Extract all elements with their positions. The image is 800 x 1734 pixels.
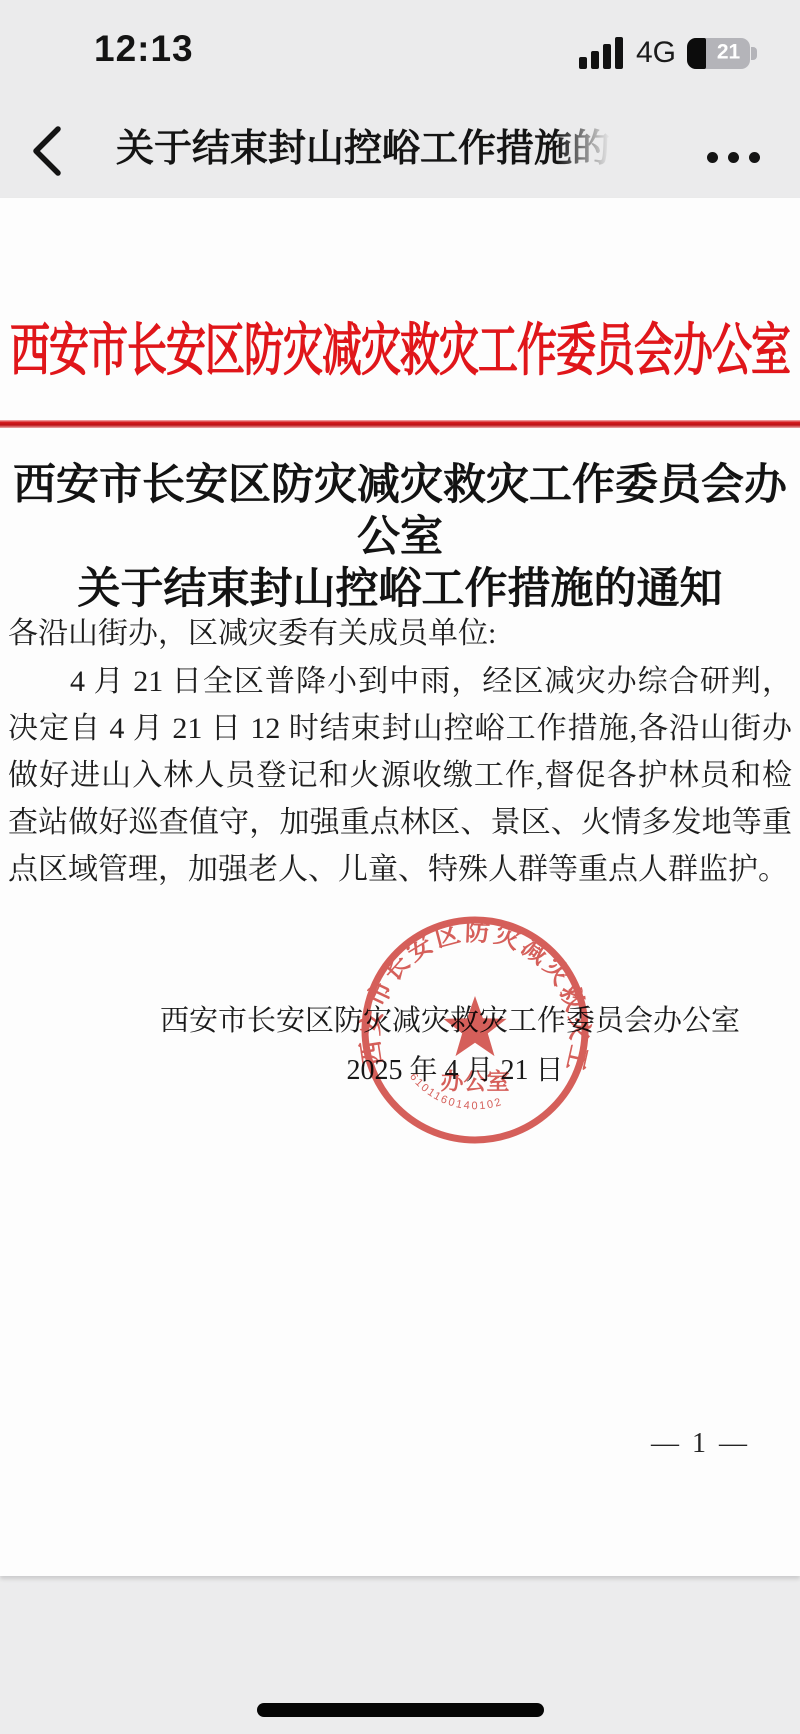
battery-percent-label: 21	[707, 41, 750, 65]
home-indicator-bar[interactable]	[257, 1703, 544, 1717]
status-bar: 12:13 4G 21	[0, 0, 800, 100]
document-title-line2: 关于结束封山控峪工作措施的通知	[8, 564, 792, 616]
nav-title: 关于结束封山控峪工作措施的通	[116, 118, 618, 180]
network-type-label: 4G	[636, 36, 676, 70]
salutation: 各沿山街办，区减灾委有关成员单位:	[8, 612, 792, 656]
nav-title-container: 关于结束封山控峪工作措施的通	[116, 118, 618, 180]
official-seal-stamp-icon: 西安市长安区防灾减灾救灾工作委员会 办公室 6101160140102	[357, 912, 593, 1148]
document-letterhead: 西安市长安区防灾减灾救灾工作委员会办公室	[8, 297, 792, 405]
body-paragraph: 4 月 21 日全区普降小到中雨，经区减灾办综合研判，决定自 4 月 21 日 …	[8, 658, 792, 893]
seal-center-text: 办公室	[441, 1068, 510, 1094]
letterhead-divider	[0, 420, 800, 428]
status-icons: 4G 21	[579, 36, 750, 70]
document-page[interactable]: 西安市长安区防灾减灾救灾工作委员会办公室 西安市长安区防灾减灾救灾工作委员会办公…	[0, 198, 800, 1576]
seal-star-icon	[443, 996, 506, 1056]
more-menu-icon[interactable]	[707, 152, 760, 163]
nav-bar: 关于结束封山控峪工作措施的通	[0, 100, 800, 198]
signal-bars-icon	[579, 37, 625, 69]
page-number: — 1 —	[651, 1428, 750, 1460]
battery-nub	[751, 47, 757, 60]
svg-text:西安市长安区防灾减灾救灾工作委员会: 西安市长安区防灾减灾救灾工作委员会	[357, 912, 593, 1076]
battery-fill-level	[687, 38, 706, 69]
battery-icon: 21	[687, 38, 750, 69]
document-title: 西安市长安区防灾减灾救灾工作委员会办公室 关于结束封山控峪工作措施的通知	[8, 460, 792, 616]
document-title-line1: 西安市长安区防灾减灾救灾工作委员会办公室	[8, 460, 792, 564]
seal-ring-text: 西安市长安区防灾减灾救灾工作委员会	[357, 912, 593, 1076]
back-chevron-icon[interactable]	[26, 124, 66, 178]
nav-title-fade	[556, 118, 618, 180]
status-time: 12:13	[94, 28, 194, 70]
